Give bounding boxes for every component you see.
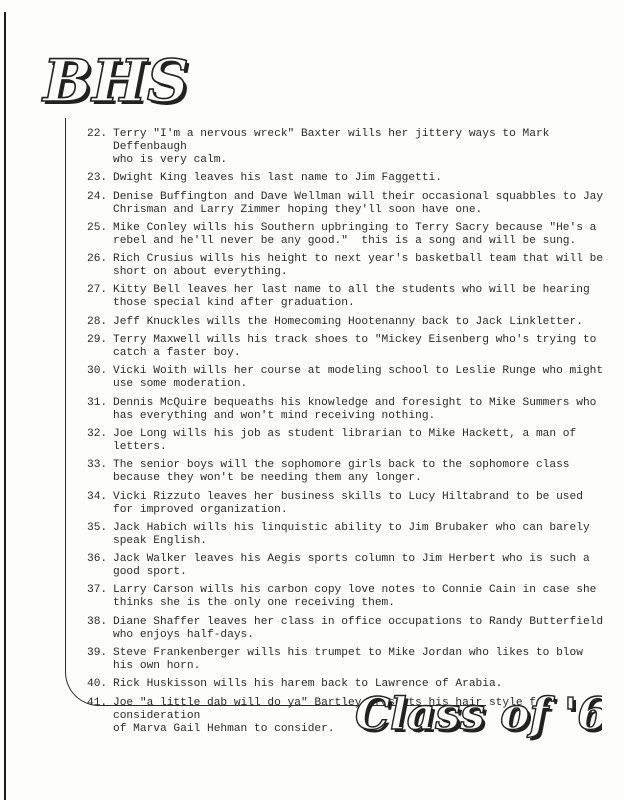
will-item: 30.Vicki Woith wills her course at model… (87, 365, 607, 391)
svg-text:BHS: BHS (41, 47, 189, 115)
will-number: 35. (87, 522, 113, 548)
will-text: Joe Long wills his job as student librar… (113, 428, 607, 454)
will-item: 34.Vicki Rizzuto leaves her business ski… (87, 491, 607, 517)
will-number: 41. (87, 697, 113, 736)
will-text: Vicki Woith wills her course at modeling… (113, 365, 607, 391)
will-item: 35.Jack Habich wills his linquistic abil… (87, 522, 607, 548)
bhs-logo: BHS BHS (40, 40, 210, 120)
will-text: Mike Conley wills his Southern upbringin… (113, 222, 607, 248)
will-text: Diane Shaffer leaves her class in office… (113, 616, 607, 642)
will-text: Dwight King leaves his last name to Jim … (113, 172, 607, 185)
will-number: 31. (87, 397, 113, 423)
will-item: 32.Joe Long wills his job as student lib… (87, 428, 607, 454)
will-number: 28. (87, 316, 113, 329)
will-number: 27. (87, 284, 113, 310)
will-number: 24. (87, 191, 113, 217)
will-item: 39.Steve Frankenberger wills his trumpet… (87, 647, 607, 673)
will-number: 32. (87, 428, 113, 454)
will-text: Dennis McQuire bequeaths his knowledge a… (113, 397, 607, 423)
will-text: Denise Buffington and Dave Wellman will … (113, 191, 607, 217)
will-item: 31.Dennis McQuire bequeaths his knowledg… (87, 397, 607, 423)
svg-text:Class of '64: Class of '64 (355, 689, 602, 740)
will-number: 33. (87, 459, 113, 485)
will-text: Vicki Rizzuto leaves her business skills… (113, 491, 607, 517)
will-text: Rich Crusius wills his height to next ye… (113, 253, 607, 279)
will-number: 23. (87, 172, 113, 185)
left-margin-rule (4, 12, 6, 800)
will-item: 22.Terry "I'm a nervous wreck" Baxter wi… (87, 128, 607, 167)
will-item: 38.Diane Shaffer leaves her class in off… (87, 616, 607, 642)
will-text: Jack Walker leaves his Aegis sports colu… (113, 553, 607, 579)
will-item: 37.Larry Carson wills his carbon copy lo… (87, 584, 607, 610)
will-text: Jack Habich wills his linquistic ability… (113, 522, 607, 548)
will-item: 29.Terry Maxwell wills his track shoes t… (87, 334, 607, 360)
will-item: 36.Jack Walker leaves his Aegis sports c… (87, 553, 607, 579)
will-item: 28.Jeff Knuckles wills the Homecoming Ho… (87, 316, 607, 329)
will-item: 26.Rich Crusius wills his height to next… (87, 253, 607, 279)
will-text: Larry Carson wills his carbon copy love … (113, 584, 607, 610)
will-text: Steve Frankenberger wills his trumpet to… (113, 647, 607, 673)
will-text: Jeff Knuckles wills the Homecoming Hoote… (113, 316, 607, 329)
will-number: 22. (87, 128, 113, 167)
will-number: 30. (87, 365, 113, 391)
will-number: 29. (87, 334, 113, 360)
will-item: 25.Mike Conley wills his Southern upbrin… (87, 222, 607, 248)
will-item: 33.The senior boys will the sophomore gi… (87, 459, 607, 485)
will-number: 36. (87, 553, 113, 579)
wills-list: 22.Terry "I'm a nervous wreck" Baxter wi… (87, 128, 607, 741)
will-number: 34. (87, 491, 113, 517)
will-number: 39. (87, 647, 113, 673)
will-text: Terry Maxwell wills his track shoes to "… (113, 334, 607, 360)
will-item: 24.Denise Buffington and Dave Wellman wi… (87, 191, 607, 217)
will-number: 40. (87, 678, 113, 691)
will-item: 23.Dwight King leaves his last name to J… (87, 172, 607, 185)
will-item: 27.Kitty Bell leaves her last name to al… (87, 284, 607, 310)
will-number: 26. (87, 253, 113, 279)
will-text: Kitty Bell leaves her last name to all t… (113, 284, 607, 310)
will-number: 37. (87, 584, 113, 610)
will-text: Terry "I'm a nervous wreck" Baxter wills… (113, 128, 607, 167)
will-number: 25. (87, 222, 113, 248)
will-number: 38. (87, 616, 113, 642)
class-of-64-title: Class of '64 Class of '64 (352, 672, 602, 752)
will-text: The senior boys will the sophomore girls… (113, 459, 607, 485)
